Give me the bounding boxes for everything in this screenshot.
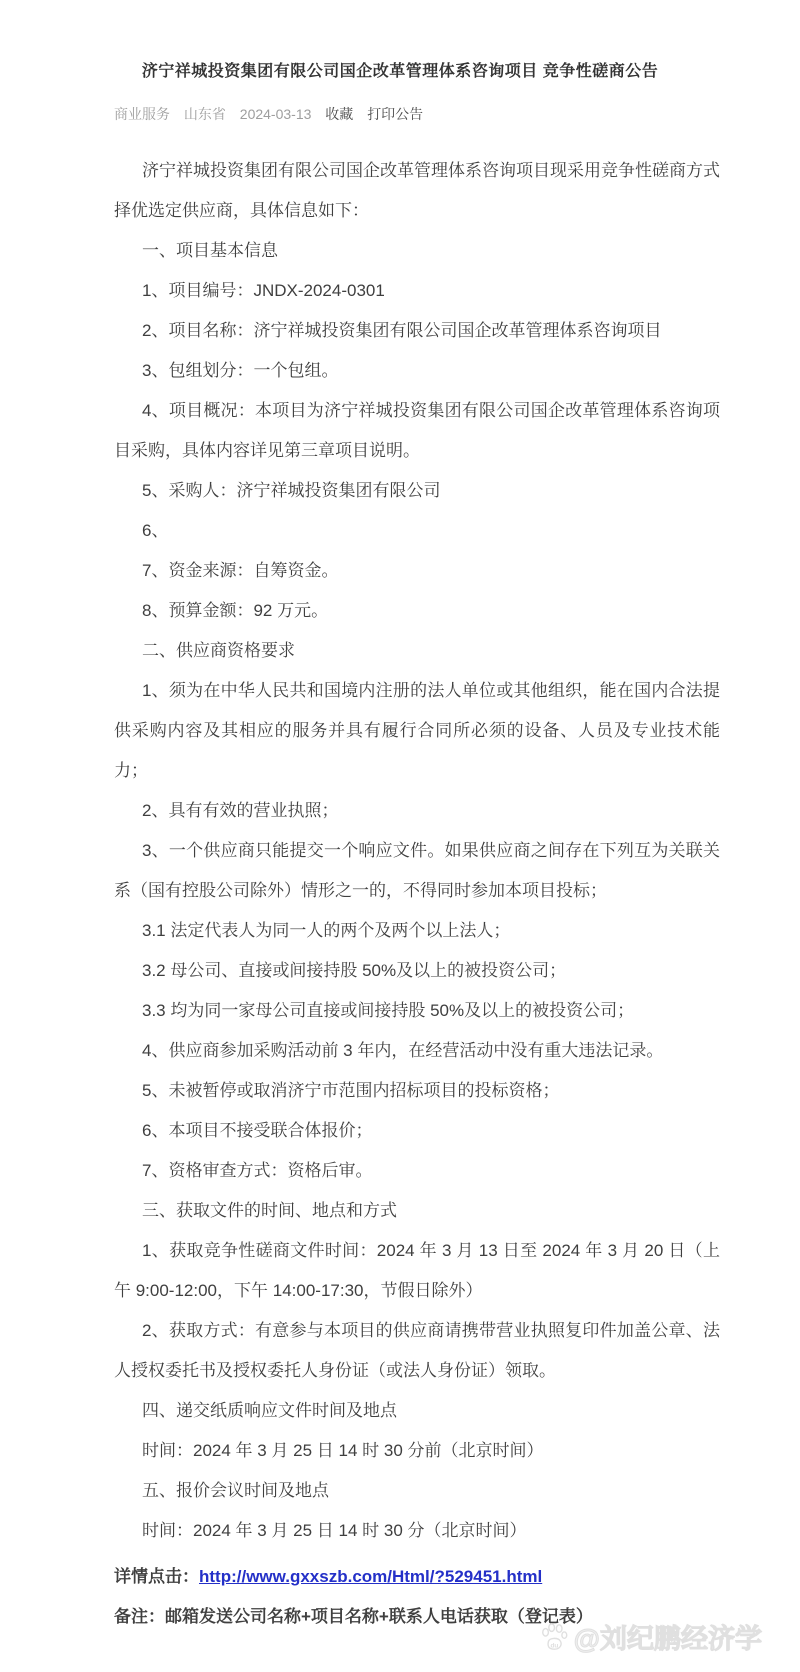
paragraph-22: 三、获取文件的时间、地点和方式 — [114, 1191, 720, 1231]
favorite-button[interactable]: 收藏 — [325, 106, 353, 122]
paragraph-12: 1、须为在中华人民共和国境内注册的法人单位或其他组织，能在国内合法提供采购内容及… — [114, 671, 720, 791]
paragraph-1: 济宁祥城投资集团有限公司国企改革管理体系咨询项目现采用竞争性磋商方式择优选定供应… — [114, 151, 720, 231]
publish-date: 2024-03-13 — [240, 106, 312, 122]
paragraph-27: 五、报价会议时间及地点 — [114, 1471, 720, 1511]
paragraph-5: 3、包组划分：一个包组。 — [114, 351, 720, 391]
paragraph-25: 四、递交纸质响应文件时间及地点 — [114, 1391, 720, 1431]
announcement-document: 济宁祥城投资集团有限公司国企改革管理体系咨询项目 竞争性磋商公告 商业服务 山东… — [0, 0, 800, 1637]
paragraph-3: 1、项目编号：JNDX-2024-0301 — [114, 271, 720, 311]
paragraph-24: 2、获取方式：有意参与本项目的供应商请携带营业执照复印件加盖公章、法人授权委托书… — [114, 1311, 720, 1391]
paragraph-21: 7、资格审查方式：资格后审。 — [114, 1151, 720, 1191]
paragraph-10: 8、预算金额：92 万元。 — [114, 591, 720, 631]
paragraph-16: 3.2 母公司、直接或间接持股 50%及以上的被投资公司； — [114, 951, 720, 991]
paragraph-23: 1、获取竞争性磋商文件时间：2024 年 3 月 13 日至 2024 年 3 … — [114, 1231, 720, 1311]
paragraph-2: 一、项目基本信息 — [114, 231, 720, 271]
paragraph-14: 3、一个供应商只能提交一个响应文件。如果供应商之间存在下列互为关联关系（国有控股… — [114, 831, 720, 911]
category-label: 商业服务 — [114, 106, 170, 122]
svg-text:du: du — [550, 1642, 558, 1649]
paragraph-28: 时间：2024 年 3 月 25 日 14 时 30 分（北京时间） — [114, 1511, 720, 1551]
region-label: 山东省 — [184, 106, 226, 122]
detail-link[interactable]: http://www.gxxszb.com/Html/?529451.html — [199, 1567, 542, 1586]
paragraph-17: 3.3 均为同一家母公司直接或间接持股 50%及以上的被投资公司； — [114, 991, 720, 1031]
paragraph-11: 二、供应商资格要求 — [114, 631, 720, 671]
watermark-text: @刘纪鹏经济学 — [574, 1617, 762, 1656]
detail-line: 详情点击：http://www.gxxszb.com/Html/?529451.… — [114, 1557, 720, 1597]
paragraph-18: 4、供应商参加采购活动前 3 年内，在经营活动中没有重大违法记录。 — [114, 1031, 720, 1071]
print-button[interactable]: 打印公告 — [367, 106, 423, 122]
paragraph-15: 3.1 法定代表人为同一人的两个及两个以上法人； — [114, 911, 720, 951]
paragraph-20: 6、本项目不接受联合体报价； — [114, 1111, 720, 1151]
meta-bar: 商业服务 山东省 2024-03-13 收藏 打印公告 — [114, 103, 720, 125]
paragraph-26: 时间：2024 年 3 月 25 日 14 时 30 分前（北京时间） — [114, 1431, 720, 1471]
announcement-body: 济宁祥城投资集团有限公司国企改革管理体系咨询项目现采用竞争性磋商方式择优选定供应… — [114, 151, 720, 1637]
paragraph-13: 2、具有有效的营业执照； — [114, 791, 720, 831]
page-title: 济宁祥城投资集团有限公司国企改革管理体系咨询项目 竞争性磋商公告 — [0, 58, 800, 86]
paragraph-19: 5、未被暂停或取消济宁市范围内招标项目的投标资格； — [114, 1071, 720, 1111]
baidu-paw-icon: du — [539, 1622, 569, 1652]
paragraph-4: 2、项目名称：济宁祥城投资集团有限公司国企改革管理体系咨询项目 — [114, 311, 720, 351]
watermark: du @刘纪鹏经济学 — [539, 1617, 762, 1656]
paragraph-8: 6、 — [114, 511, 720, 551]
paragraph-6: 4、项目概况：本项目为济宁祥城投资集团有限公司国企改革管理体系咨询项目采购，具体… — [114, 391, 720, 471]
paragraph-list: 济宁祥城投资集团有限公司国企改革管理体系咨询项目现采用竞争性磋商方式择优选定供应… — [114, 151, 720, 1551]
paragraph-7: 5、采购人：济宁祥城投资集团有限公司 — [114, 471, 720, 511]
detail-label: 详情点击： — [114, 1567, 199, 1586]
paragraph-9: 7、资金来源：自筹资金。 — [114, 551, 720, 591]
